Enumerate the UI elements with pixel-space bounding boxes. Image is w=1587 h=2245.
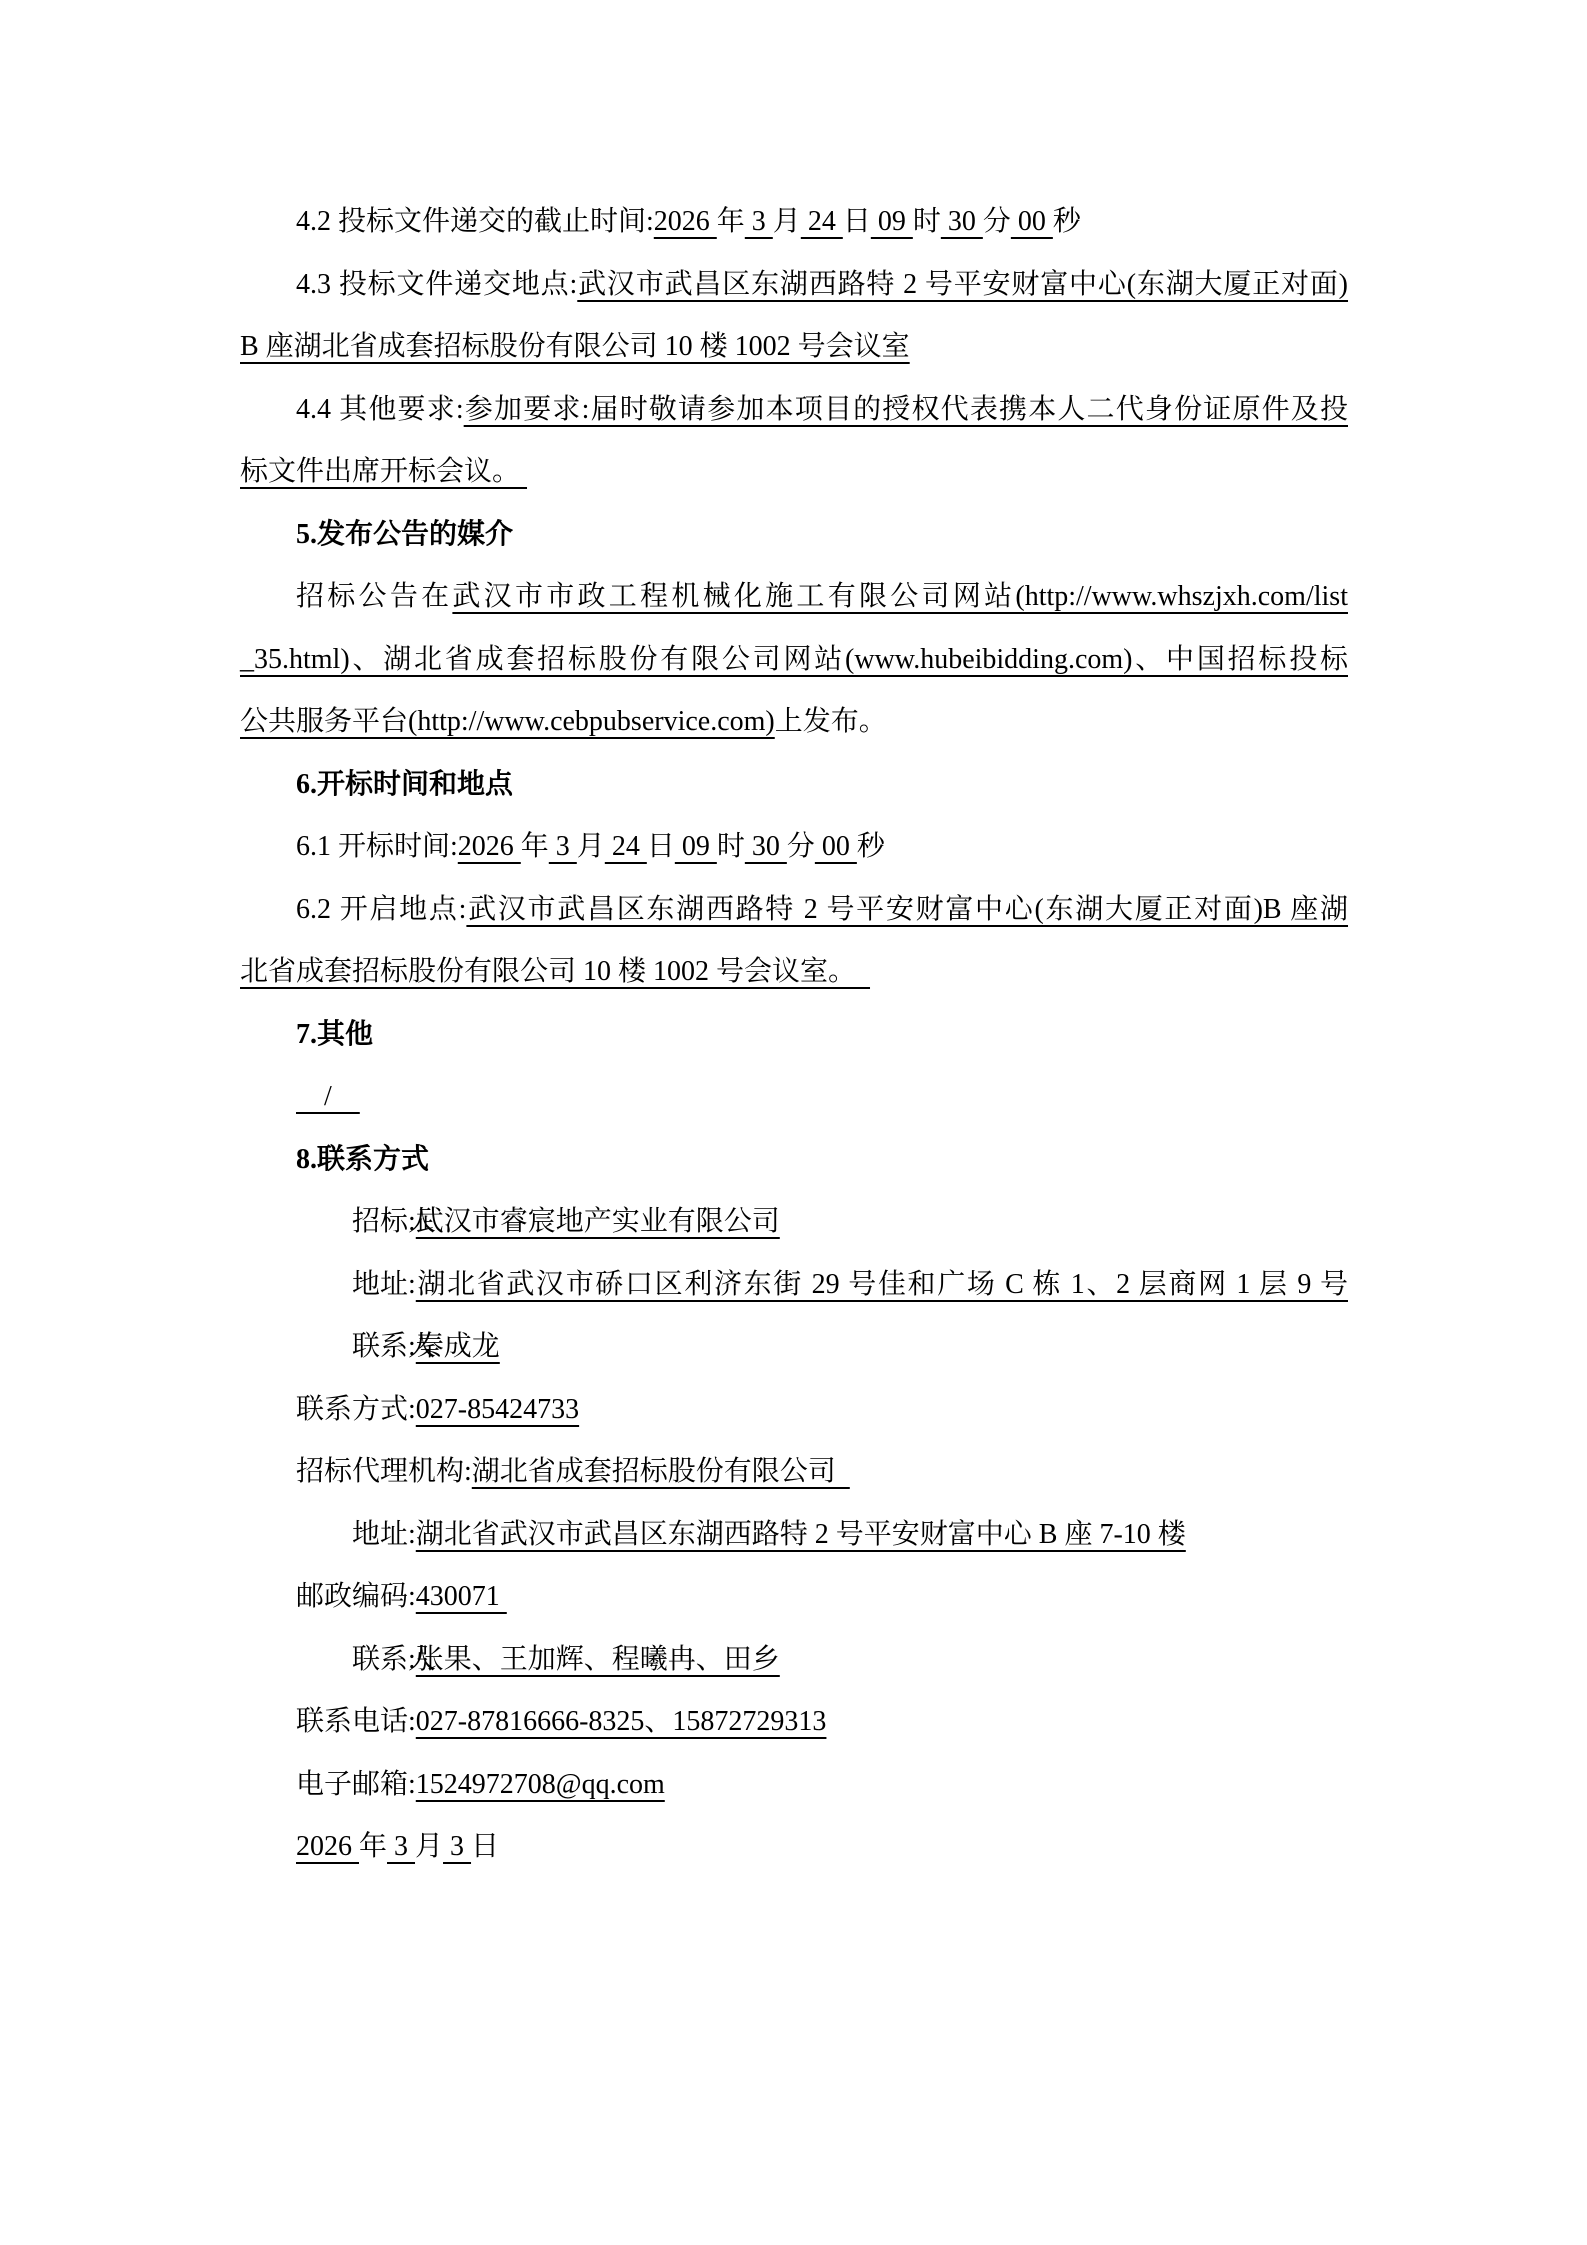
underlined-text-segment: 2026 — [654, 206, 717, 237]
doc-line: 地址:湖北省武汉市武昌区东湖西路特 2 号平安财富中心 B 座 7-10 楼 — [240, 1504, 1348, 1567]
text-segment: 月 — [773, 206, 801, 237]
underlined-text-segment: 09 — [871, 206, 913, 237]
underlined-text-segment: 参加要求:届时敬请参加本项目的授权代表携本人二代身份证原件及投 — [464, 394, 1348, 425]
doc-line: 联系人:秦成龙 — [240, 1316, 1348, 1379]
doc-line: 4.4 其他要求:参加要求:届时敬请参加本项目的授权代表携本人二代身份证原件及投 — [240, 379, 1348, 442]
underlined-text-segment: 027-87816666-8325、15872729313 — [416, 1706, 827, 1737]
text-segment: : — [408, 1269, 416, 1300]
doc-line: 2026 年 3 月 3 日 — [240, 1816, 1348, 1879]
text-segment: 6.1 开标时间: — [296, 831, 458, 862]
text-segment: 电子邮箱: — [296, 1769, 416, 1800]
text-segment: 秒 — [1053, 206, 1081, 237]
text-segment: 联系方式: — [296, 1394, 416, 1425]
text-segment: 月 — [415, 1831, 443, 1862]
text-segment: : — [408, 1519, 416, 1550]
doc-line: 邮政编码:430071 — [240, 1566, 1348, 1629]
underlined-text-segment: 武汉市武昌区东湖西路特 2 号平安财富中心(东湖大厦正对面)B 座湖 — [466, 894, 1348, 925]
text-segment: 时 — [717, 831, 745, 862]
underlined-text-segment: 30 — [941, 206, 983, 237]
underlined-text-segment: 00 — [815, 831, 857, 862]
doc-line: 6.开标时间和地点 — [240, 754, 1348, 817]
text-segment: 年 — [717, 206, 745, 237]
underlined-text-segment: 1524972708@qq.com — [416, 1769, 665, 1800]
underlined-text-segment: 430071 — [416, 1581, 507, 1612]
doc-line: 7.其他 — [240, 1004, 1348, 1067]
doc-line: 电子邮箱:1524972708@qq.com — [240, 1754, 1348, 1817]
underlined-text-segment: 2026 — [296, 1831, 359, 1862]
doc-line: 标文件出席开标会议。 — [240, 441, 1348, 504]
underlined-text-segment: 24 — [801, 206, 843, 237]
underlined-text-segment: 00 — [1011, 206, 1053, 237]
doc-line: 6.2 开启地点:武汉市武昌区东湖西路特 2 号平安财富中心(东湖大厦正对面)B… — [240, 879, 1348, 942]
underlined-text-segment: / — [296, 1081, 360, 1112]
doc-line: 8.联系方式 — [240, 1129, 1348, 1192]
text-segment: 邮政编码: — [296, 1581, 416, 1612]
doc-line: 联系方式:027-85424733 — [240, 1379, 1348, 1442]
text-segment: 联系电话: — [296, 1706, 416, 1737]
document-body: 4.2 投标文件递交的截止时间:2026 年 3 月 24 日 09 时 30 … — [240, 191, 1348, 1879]
doc-line: 6.1 开标时间:2026 年 3 月 24 日 09 时 30 分 00 秒 — [240, 816, 1348, 879]
underlined-text-segment: 2026 — [458, 831, 521, 862]
doc-line: / — [240, 1066, 1348, 1129]
text-segment: 日 — [647, 831, 675, 862]
underlined-text-segment: 张果、王加辉、程曦冉、田乡 — [416, 1644, 780, 1675]
text-segment: 4.4 其他要求: — [296, 394, 464, 425]
field-label: 地址 — [296, 1254, 408, 1317]
underlined-text-segment: 湖北省武汉市武昌区东湖西路特 2 号平安财富中心 B 座 7-10 楼 — [416, 1519, 1186, 1550]
doc-line: 联系电话:027-87816666-8325、15872729313 — [240, 1691, 1348, 1754]
text-segment: : — [408, 1644, 416, 1675]
text-segment: 6.2 开启地点: — [296, 894, 466, 925]
text-segment: 分 — [983, 206, 1011, 237]
doc-line: 招标代理机构:湖北省成套招标股份有限公司 — [240, 1441, 1348, 1504]
doc-line: 4.2 投标文件递交的截止时间:2026 年 3 月 24 日 09 时 30 … — [240, 191, 1348, 254]
doc-line: 招标公告在武汉市市政工程机械化施工有限公司网站(http://www.whszj… — [240, 566, 1348, 629]
underlined-text-segment: 3 — [549, 831, 577, 862]
underlined-text-segment: 3 — [745, 206, 773, 237]
text-segment: 年 — [359, 1831, 387, 1862]
text-segment: 5.发布公告的媒介 — [296, 519, 513, 550]
text-segment: 秒 — [857, 831, 885, 862]
underlined-text-segment: 北省成套招标股份有限公司 10 楼 1002 号会议室。 — [240, 956, 870, 987]
underlined-text-segment: 09 — [675, 831, 717, 862]
underlined-text-segment: 3 — [443, 1831, 471, 1862]
text-segment: 6.开标时间和地点 — [296, 769, 513, 800]
text-segment: 上发布。 — [775, 706, 887, 737]
underlined-text-segment: B 座湖北省成套招标股份有限公司 10 楼 1002 号会议室 — [240, 331, 910, 362]
text-segment: 分 — [787, 831, 815, 862]
field-label: 地址 — [296, 1504, 408, 1567]
field-label: 联系人 — [296, 1316, 408, 1379]
doc-line: 4.3 投标文件递交地点:武汉市武昌区东湖西路特 2 号平安财富中心(东湖大厦正… — [240, 254, 1348, 317]
text-segment: 招标公告在 — [296, 581, 452, 612]
text-segment: 时 — [913, 206, 941, 237]
text-segment: 8.联系方式 — [296, 1144, 429, 1175]
text-segment: : — [408, 1206, 416, 1237]
text-segment: 4.2 投标文件递交的截止时间: — [296, 206, 654, 237]
field-label: 联系人 — [296, 1629, 408, 1692]
underlined-text-segment: 30 — [745, 831, 787, 862]
text-segment: 日 — [471, 1831, 499, 1862]
text-segment: 月 — [577, 831, 605, 862]
underlined-text-segment: 027-85424733 — [416, 1394, 579, 1425]
doc-line: _35.html)、湖北省成套招标股份有限公司网站(www.hubeibiddi… — [240, 629, 1348, 692]
field-label: 招标人 — [296, 1191, 408, 1254]
underlined-text-segment: 湖北省武汉市硚口区利济东街 29 号佳和广场 C 栋 1、2 层商网 1 层 9… — [416, 1269, 1348, 1300]
doc-line: B 座湖北省成套招标股份有限公司 10 楼 1002 号会议室 — [240, 316, 1348, 379]
underlined-text-segment: 标文件出席开标会议。 — [240, 456, 527, 487]
underlined-text-segment: 24 — [605, 831, 647, 862]
underlined-text-segment: 公共服务平台(http://www.cebpubservice.com) — [240, 706, 775, 737]
text-segment: 4.3 投标文件递交地点: — [296, 269, 577, 300]
text-segment: 日 — [843, 206, 871, 237]
doc-line: 5.发布公告的媒介 — [240, 504, 1348, 567]
underlined-text-segment: 武汉市睿宸地产实业有限公司 — [416, 1206, 780, 1237]
underlined-text-segment: 3 — [387, 1831, 415, 1862]
doc-line: 联系人:张果、王加辉、程曦冉、田乡 — [240, 1629, 1348, 1692]
underlined-text-segment: 秦成龙 — [416, 1331, 500, 1362]
text-segment: 7.其他 — [296, 1019, 373, 1050]
text-segment: 招标代理机构: — [296, 1456, 472, 1487]
doc-line: 公共服务平台(http://www.cebpubservice.com)上发布。 — [240, 691, 1348, 754]
doc-line: 地址:湖北省武汉市硚口区利济东街 29 号佳和广场 C 栋 1、2 层商网 1 … — [240, 1254, 1348, 1317]
text-segment: 年 — [521, 831, 549, 862]
underlined-text-segment: 武汉市武昌区东湖西路特 2 号平安财富中心(东湖大厦正对面) — [577, 269, 1348, 300]
doc-line: 招标人:武汉市睿宸地产实业有限公司 — [240, 1191, 1348, 1254]
text-segment: : — [408, 1331, 416, 1362]
doc-line: 北省成套招标股份有限公司 10 楼 1002 号会议室。 — [240, 941, 1348, 1004]
document-page: 4.2 投标文件递交的截止时间:2026 年 3 月 24 日 09 时 30 … — [0, 0, 1587, 2245]
underlined-text-segment: _35.html)、湖北省成套招标股份有限公司网站(www.hubeibiddi… — [240, 644, 1348, 675]
underlined-text-segment: 武汉市市政工程机械化施工有限公司网站(http://www.whszjxh.co… — [452, 581, 1348, 612]
underlined-text-segment: 湖北省成套招标股份有限公司 — [472, 1456, 850, 1487]
